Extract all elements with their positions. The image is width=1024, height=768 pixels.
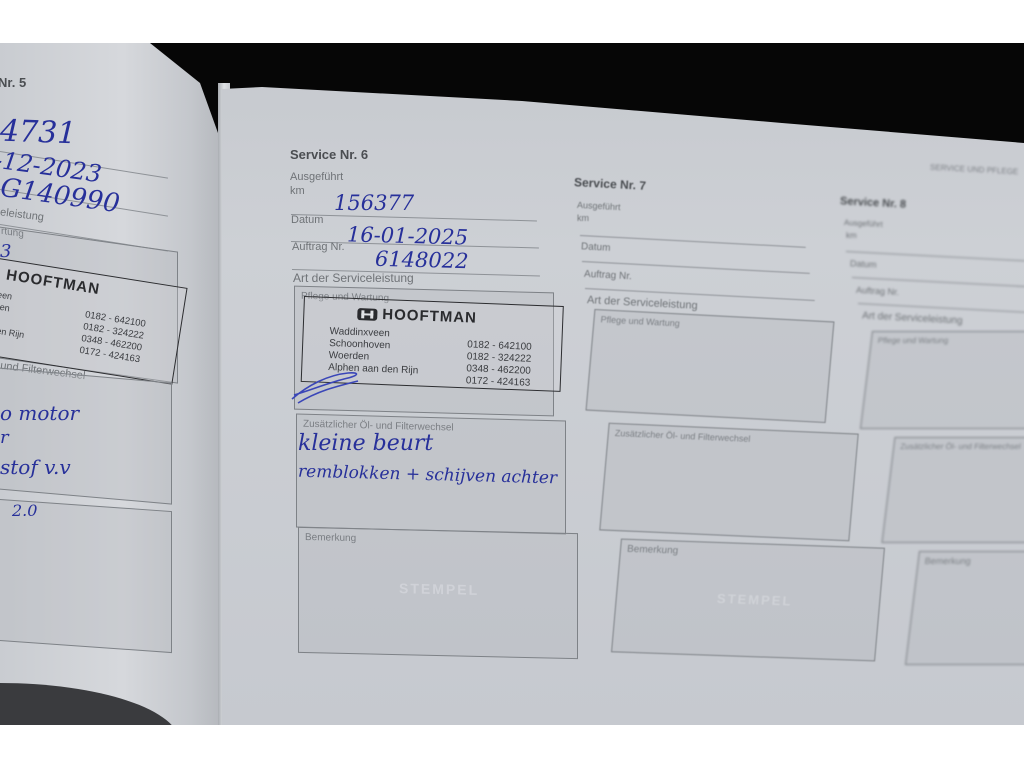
service-8-km-label: km [846, 231, 857, 240]
service-8-care-label: Pflege und Wartung [877, 336, 949, 345]
service-6-type-label: Art der Serviceleistung [293, 271, 414, 285]
service-7-oil-box[interactable]: Zusätzlicher Öl- und Filterwechsel [599, 423, 858, 542]
stamp-city: Woerden [329, 350, 370, 363]
service-5-title: Nr. 5 [0, 75, 26, 90]
stamp-city: ven [0, 301, 10, 313]
service-6-date-label: Datum [291, 214, 323, 226]
service-7-remark-label: Bemerkung [627, 544, 679, 557]
service-5-care-label: rtung [1, 226, 24, 240]
service-7-oil-label: Zusätzlicher Öl- und Filterwechsel [614, 428, 750, 444]
stamp-city: een [0, 289, 13, 301]
stamp-phone: 0172 - 424163 [466, 375, 531, 388]
stamp-city: Waddinxveen [329, 326, 390, 339]
service-8-care-box[interactable]: Pflege und Wartung [860, 331, 1024, 429]
service-6-km-label: km [290, 185, 305, 197]
service-5-oil-note: o motor [0, 401, 79, 425]
service-5-km: 4731 [0, 114, 77, 152]
stamp-brand: HOOFTMAN [382, 306, 477, 327]
service-6-remark-box[interactable]: Bemerkung STEMPEL [298, 527, 578, 659]
service-7-care-label: Pflege und Wartung [600, 314, 680, 328]
service-5-oil-box [0, 367, 172, 504]
service-5-remark-box [0, 499, 172, 653]
signature-scribble [288, 365, 368, 405]
service-6-oil-note[interactable]: kleine beurt [298, 431, 433, 456]
service-5-oil-note: r [0, 427, 9, 448]
service-8-oil-box[interactable]: Zusätzlicher Öl- und Filterwechsel [881, 437, 1024, 543]
service-8-oil-label: Zusätzlicher Öl- und Filterwechsel [900, 442, 1022, 451]
service-5-oil-note: stof v.v [0, 455, 71, 479]
service-7-km-label: km [577, 213, 589, 223]
service-8-date-label: Datum [850, 258, 877, 269]
service-6-executed-label: Ausgeführt [290, 171, 343, 183]
left-page: Nr. 5 4731 -12-2023 G140990 eleistung rt… [0, 43, 224, 725]
stamp-brand: HOOFTMAN [5, 267, 101, 299]
stamp-city: den Rijn [0, 325, 25, 340]
stamp-watermark: STEMPEL [716, 591, 793, 609]
page-shadow [0, 683, 180, 725]
service-6-order-label: Auftrag Nr. [292, 241, 345, 253]
service-7-remark-box[interactable]: Bemerkung STEMPEL [611, 539, 885, 662]
service-5-remark-value: 2.0 [12, 501, 37, 520]
hooftman-logo-icon [356, 306, 379, 323]
service-7-care-box[interactable]: Pflege und Wartung [586, 309, 835, 423]
service-8-remark-box[interactable]: Bemerkung [905, 551, 1024, 665]
service-6-title: Service Nr. 6 [290, 147, 368, 162]
service-6-order-value[interactable]: 6148022 [375, 247, 469, 273]
service-7-date-label: Datum [581, 241, 611, 254]
service-6-remark-label: Bemerkung [305, 532, 356, 544]
stamp-city: Schoonhoven [329, 338, 391, 351]
service-5-type-label: eleistung [0, 206, 45, 223]
service-6-km-value[interactable]: 156377 [334, 191, 414, 215]
stamp-watermark: STEMPEL [399, 580, 479, 598]
booklet-photo: Nr. 5 4731 -12-2023 G140990 eleistung rt… [0, 43, 1024, 725]
service-8-remark-label: Bemerkung [924, 556, 971, 566]
